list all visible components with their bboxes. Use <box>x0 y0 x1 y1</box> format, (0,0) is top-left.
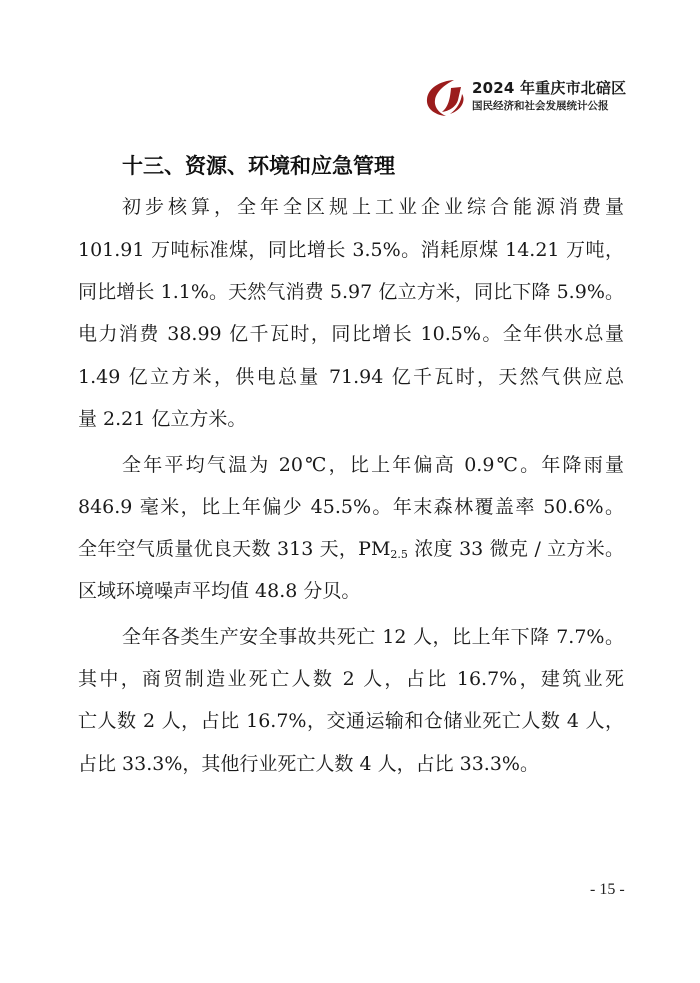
pm-label: PM <box>358 538 390 560</box>
page-number: - 15 - <box>590 881 625 899</box>
paragraph-1-line-2: 101.91 万吨标准煤，同比增长 3.5%。消耗原煤 14.21 万吨， <box>78 238 624 262</box>
paragraph-2-line-1: 全年平均气温为 20℃，比上年偏高 0.9℃。年降雨量 <box>122 453 624 477</box>
report-subtitle: 国民经济和社会发展统计公报 <box>472 98 626 114</box>
paragraph-1-line-1: 初步核算，全年全区规上工业企业综合能源消费量 <box>122 195 624 219</box>
pm-concentration-text: 浓度 33 微克 / 立方米。 <box>414 538 624 560</box>
paragraph-3-line-1: 全年各类生产安全事故共死亡 12 人，比上年下降 7.7%。 <box>122 625 624 649</box>
paragraph-1-line-6: 量 2.21 亿立方米。 <box>78 407 624 431</box>
paragraph-1-line-4: 电力消费 38.99 亿千瓦时，同比增长 10.5%。全年供水总量 <box>78 322 624 346</box>
pm-subscript: 2.5 <box>390 548 408 561</box>
section-title: 十三、资源、环境和应急管理 <box>122 150 395 180</box>
statistics-bureau-logo-icon <box>424 78 468 118</box>
paragraph-2-line-4: 区域环境噪声平均值 48.8 分贝。 <box>78 579 624 603</box>
paragraph-1-line-3: 同比增长 1.1%。天然气消费 5.97 亿立方米，同比下降 5.9%。 <box>78 280 624 304</box>
report-title: 2024 年重庆市北碚区 <box>472 78 626 98</box>
paragraph-3-line-2: 其中，商贸制造业死亡人数 2 人，占比 16.7%，建筑业死 <box>78 667 624 691</box>
paragraph-1-line-5: 1.49 亿立方米，供电总量 71.94 亿千瓦时，天然气供应总 <box>78 365 624 389</box>
paragraph-2-line-2: 846.9 毫米，比上年偏少 45.5%。年末森林覆盖率 50.6%。 <box>78 495 624 519</box>
report-header: 2024 年重庆市北碚区 国民经济和社会发展统计公报 <box>424 76 664 120</box>
paragraph-3-line-3: 亡人数 2 人，占比 16.7%，交通运输和仓储业死亡人数 4 人， <box>78 709 624 733</box>
air-quality-text: 全年空气质量优良天数 313 天， <box>78 538 358 560</box>
paragraph-3-line-4: 占比 33.3%，其他行业死亡人数 4 人，占比 33.3%。 <box>78 752 624 776</box>
paragraph-2-line-3: 全年空气质量优良天数 313 天，PM2.5 浓度 33 微克 / 立方米。 <box>78 537 624 561</box>
